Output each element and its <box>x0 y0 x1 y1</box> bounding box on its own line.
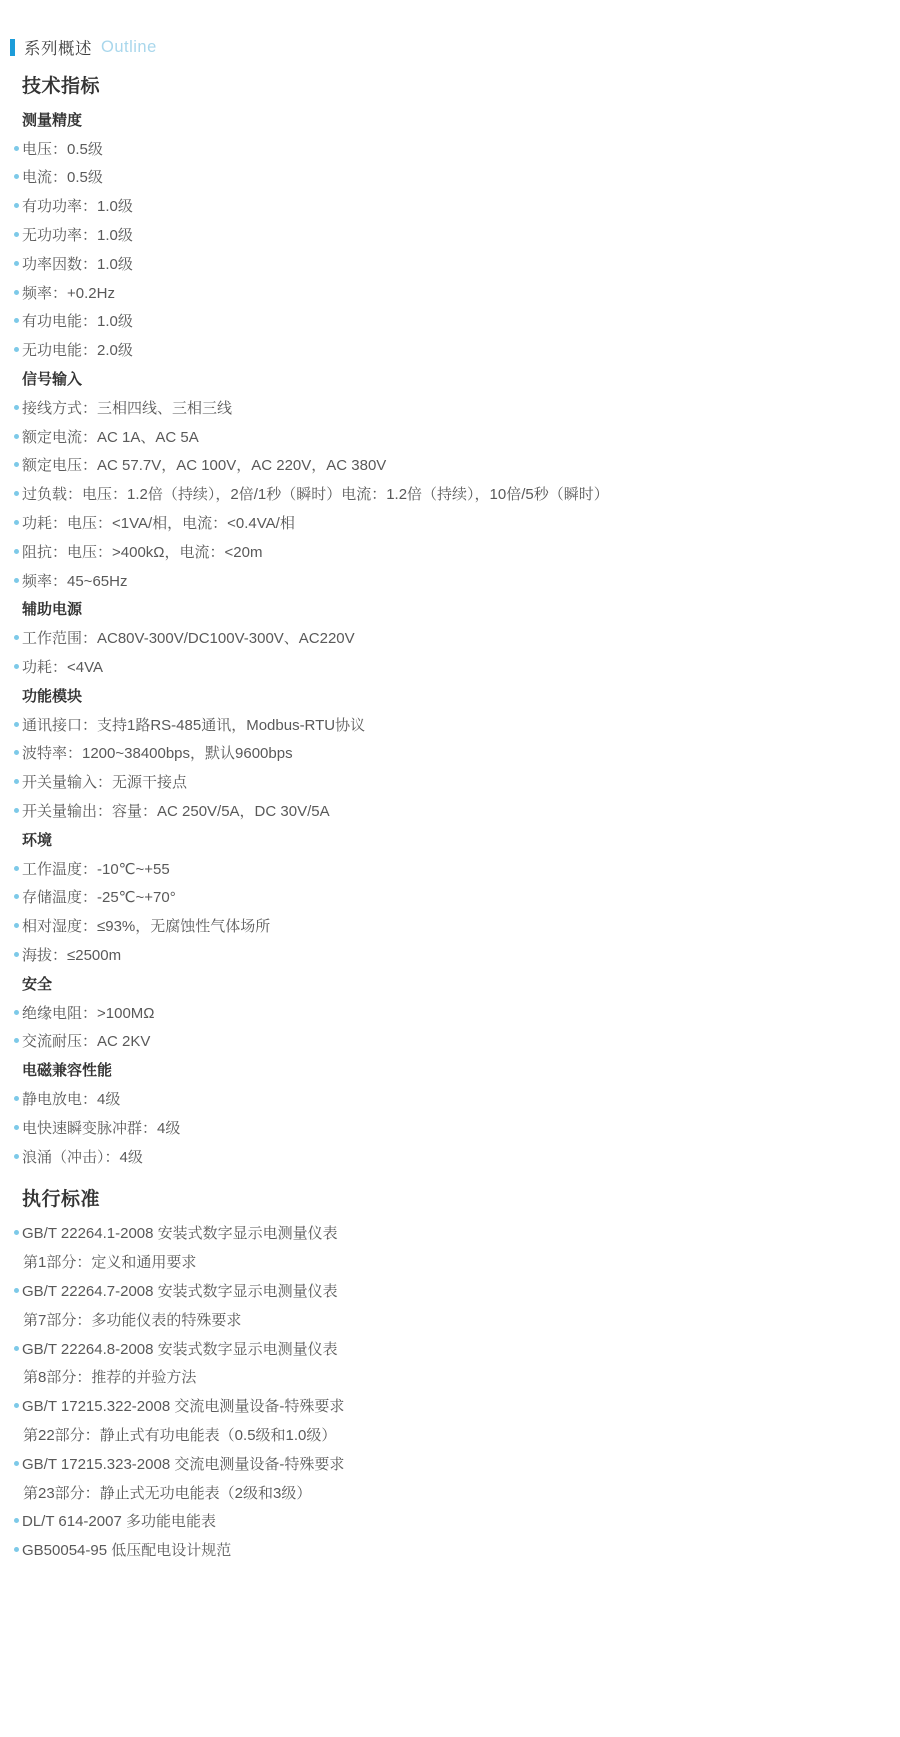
spec-item: 接线方式：三相四线、三相三线 <box>22 393 880 422</box>
standard-item: DL/T 614-2007 多功能电能表 <box>22 1506 880 1535</box>
standard-item-text: GB/T 17215.323-2008 交流电测量设备-特殊要求 <box>22 1453 344 1474</box>
standard-item-text: GB/T 22264.1-2008 安装式数字显示电测量仪表 <box>22 1222 338 1243</box>
tech-specs-title: 技术指标 <box>22 74 880 100</box>
spec-item: 工作范围：AC80V-300V/DC100V-300V、AC220V <box>22 623 880 652</box>
spec-group-heading: 信号输入 <box>22 364 880 393</box>
spec-item-text: 有功功率：1.0级 <box>22 195 133 216</box>
standard-item: GB/T 22264.8-2008 安装式数字显示电测量仪表 <box>22 1334 880 1363</box>
bullet-icon <box>14 1010 19 1015</box>
spec-item: 有功功率：1.0级 <box>22 191 880 220</box>
standard-item: GB/T 17215.322-2008 交流电测量设备-特殊要求 <box>22 1391 880 1420</box>
spec-item-text: 电流：0.5级 <box>22 166 103 187</box>
standard-item-text: DL/T 614-2007 多功能电能表 <box>22 1510 216 1531</box>
spec-item-text: 开关量输入：无源干接点 <box>22 771 187 792</box>
spec-item: 无功功率：1.0级 <box>22 220 880 249</box>
bullet-icon <box>14 491 19 496</box>
standard-item-sub-text: 第23部分：静止式无功电能表（2级和3级） <box>23 1482 311 1503</box>
standard-item-sub-text: 第7部分：多功能仪表的特殊要求 <box>23 1309 241 1330</box>
standards-list: GB/T 22264.1-2008 安装式数字显示电测量仪表第1部分：定义和通用… <box>22 1218 880 1564</box>
spec-item-text: 浪涌（冲击）：4级 <box>22 1146 143 1167</box>
standards-title: 执行标准 <box>22 1187 880 1213</box>
spec-item: 频率：+0.2Hz <box>22 278 880 307</box>
spec-item-text: 波特率：1200~38400bps，默认9600bps <box>22 742 293 763</box>
bullet-icon <box>14 923 19 928</box>
spec-item-text: 相对湿度：≤93%，无腐蚀性气体场所 <box>22 915 270 936</box>
spec-item: 浪涌（冲击）：4级 <box>22 1142 880 1171</box>
bullet-icon <box>14 405 19 410</box>
spec-item-text: 存储温度：-25℃~+70° <box>22 886 176 907</box>
bullet-icon <box>14 1230 19 1235</box>
standard-item-sub-text: 第8部分：推荐的并验方法 <box>23 1366 196 1387</box>
spec-item: 过负载：电压：1.2倍（持续），2倍/1秒（瞬时）电流：1.2倍（持续），10倍… <box>22 479 880 508</box>
bullet-icon <box>14 1154 19 1159</box>
section-title-en: Outline <box>101 38 157 57</box>
bullet-icon <box>14 1547 19 1552</box>
bullet-icon <box>14 635 19 640</box>
standard-item-text: GB50054-95 低压配电设计规范 <box>22 1539 231 1560</box>
spec-item-text: 工作温度：-10℃~+55 <box>22 858 170 879</box>
spec-item-text: 阻抗：电压：>400kΩ，电流：<20m <box>22 541 262 562</box>
spec-group-heading: 功能模块 <box>22 681 880 710</box>
bullet-icon <box>14 347 19 352</box>
accent-bar-icon <box>10 39 15 56</box>
bullet-icon <box>14 290 19 295</box>
spec-item-text: 电压：0.5级 <box>22 138 103 159</box>
spec-item-text: 接线方式：三相四线、三相三线 <box>22 397 232 418</box>
tech-groups: 测量精度电压：0.5级电流：0.5级有功功率：1.0级无功功率：1.0级功率因数… <box>22 105 880 1170</box>
standard-item: GB/T 22264.1-2008 安装式数字显示电测量仪表 <box>22 1218 880 1247</box>
bullet-icon <box>14 808 19 813</box>
bullet-icon <box>14 1461 19 1466</box>
bullet-icon <box>14 520 19 525</box>
spec-group-heading: 安全 <box>22 969 880 998</box>
spec-item-text: 功耗：电压：<1VA/相，电流：<0.4VA/相 <box>22 512 295 533</box>
standard-item-text: GB/T 17215.322-2008 交流电测量设备-特殊要求 <box>22 1395 344 1416</box>
standard-item: GB50054-95 低压配电设计规范 <box>22 1535 880 1564</box>
spec-item-text: 功耗：<4VA <box>22 656 103 677</box>
spec-item: 电流：0.5级 <box>22 163 880 192</box>
spec-group-heading: 测量精度 <box>22 105 880 134</box>
spec-item-text: 频率：45~65Hz <box>22 570 127 591</box>
spec-item: 工作温度：-10℃~+55 <box>22 854 880 883</box>
spec-group-heading-text: 功能模块 <box>22 685 82 706</box>
spec-item: 无功电能：2.0级 <box>22 335 880 364</box>
section-header: 系列概述 Outline <box>10 37 880 57</box>
bullet-icon <box>14 722 19 727</box>
page: 系列概述 Outline 技术指标 测量精度电压：0.5级电流：0.5级有功功率… <box>0 0 900 1564</box>
standard-item-sub-text: 第22部分：静止式有功电能表（0.5级和1.0级） <box>23 1424 336 1445</box>
spec-item-text: 静电放电：4级 <box>22 1088 120 1109</box>
spec-group-heading-text: 信号输入 <box>22 368 82 389</box>
spec-item-text: 频率：+0.2Hz <box>22 282 115 303</box>
bullet-icon <box>14 952 19 957</box>
spec-group-heading-text: 安全 <box>22 973 52 994</box>
bullet-icon <box>14 203 19 208</box>
spec-item-text: 过负载：电压：1.2倍（持续），2倍/1秒（瞬时）电流：1.2倍（持续），10倍… <box>22 483 609 504</box>
content: 技术指标 测量精度电压：0.5级电流：0.5级有功功率：1.0级无功功率：1.0… <box>10 74 880 1564</box>
bullet-icon <box>14 174 19 179</box>
bullet-icon <box>14 1125 19 1130</box>
spec-item-text: 有功电能：1.0级 <box>22 310 133 331</box>
standard-item-sub: 第1部分：定义和通用要求 <box>22 1247 880 1276</box>
bullet-icon <box>14 894 19 899</box>
spec-item: 阻抗：电压：>400kΩ，电流：<20m <box>22 537 880 566</box>
spec-item-text: 额定电流：AC 1A、AC 5A <box>22 426 199 447</box>
spec-item: 额定电流：AC 1A、AC 5A <box>22 422 880 451</box>
standard-item-text: GB/T 22264.8-2008 安装式数字显示电测量仪表 <box>22 1338 338 1359</box>
standard-item-sub: 第8部分：推荐的并验方法 <box>22 1362 880 1391</box>
spec-item: 开关量输入：无源干接点 <box>22 767 880 796</box>
spec-item: 存储温度：-25℃~+70° <box>22 883 880 912</box>
bullet-icon <box>14 866 19 871</box>
spec-item: 开关量输出：容量：AC 250V/5A，DC 30V/5A <box>22 796 880 825</box>
spec-item-text: 无功电能：2.0级 <box>22 339 133 360</box>
spec-item: 绝缘电阻：>100MΩ <box>22 998 880 1027</box>
spec-group-heading-text: 测量精度 <box>22 109 82 130</box>
spec-group-heading: 辅助电源 <box>22 595 880 624</box>
bullet-icon <box>14 549 19 554</box>
bullet-icon <box>14 434 19 439</box>
spec-item: 功耗：电压：<1VA/相，电流：<0.4VA/相 <box>22 508 880 537</box>
spec-item-text: 电快速瞬变脉冲群：4级 <box>22 1117 180 1138</box>
bullet-icon <box>14 1096 19 1101</box>
section-title-zh: 系列概述 <box>24 35 92 59</box>
bullet-icon <box>14 318 19 323</box>
spec-item: 频率：45~65Hz <box>22 566 880 595</box>
bullet-icon <box>14 1038 19 1043</box>
standard-item-sub: 第22部分：静止式有功电能表（0.5级和1.0级） <box>22 1420 880 1449</box>
spec-item-text: 工作范围：AC80V-300V/DC100V-300V、AC220V <box>22 627 355 648</box>
spec-item: 电压：0.5级 <box>22 134 880 163</box>
standard-item-sub: 第23部分：静止式无功电能表（2级和3级） <box>22 1478 880 1507</box>
bullet-icon <box>14 261 19 266</box>
spec-item: 有功电能：1.0级 <box>22 307 880 336</box>
standard-item: GB/T 22264.7-2008 安装式数字显示电测量仪表 <box>22 1276 880 1305</box>
bullet-icon <box>14 1518 19 1523</box>
spec-item-text: 额定电压：AC 57.7V，AC 100V，AC 220V，AC 380V <box>22 454 386 475</box>
spec-item-text: 海拔：≤2500m <box>22 944 121 965</box>
bullet-icon <box>14 578 19 583</box>
spec-item: 额定电压：AC 57.7V，AC 100V，AC 220V，AC 380V <box>22 451 880 480</box>
bullet-icon <box>14 664 19 669</box>
spec-item-text: 绝缘电阻：>100MΩ <box>22 1002 155 1023</box>
bullet-icon <box>14 1346 19 1351</box>
standard-item: GB/T 17215.323-2008 交流电测量设备-特殊要求 <box>22 1449 880 1478</box>
spec-item-text: 无功功率：1.0级 <box>22 224 133 245</box>
bullet-icon <box>14 1288 19 1293</box>
spec-item-text: 功率因数：1.0级 <box>22 253 133 274</box>
spec-item: 海拔：≤2500m <box>22 940 880 969</box>
spec-item: 电快速瞬变脉冲群：4级 <box>22 1113 880 1142</box>
standard-item-text: GB/T 22264.7-2008 安装式数字显示电测量仪表 <box>22 1280 338 1301</box>
spec-group-heading: 电磁兼容性能 <box>22 1055 880 1084</box>
spec-item: 通讯接口：支持1路RS-485通讯，Modbus-RTU协议 <box>22 710 880 739</box>
bullet-icon <box>14 1403 19 1408</box>
bullet-icon <box>14 232 19 237</box>
bullet-icon <box>14 779 19 784</box>
spec-group-heading: 环境 <box>22 825 880 854</box>
spec-group-heading-text: 电磁兼容性能 <box>22 1059 112 1080</box>
spec-item: 相对湿度：≤93%，无腐蚀性气体场所 <box>22 911 880 940</box>
standard-item-sub-text: 第1部分：定义和通用要求 <box>23 1251 196 1272</box>
spec-item: 功率因数：1.0级 <box>22 249 880 278</box>
spec-item-text: 通讯接口：支持1路RS-485通讯，Modbus-RTU协议 <box>22 714 365 735</box>
spec-item-text: 开关量输出：容量：AC 250V/5A，DC 30V/5A <box>22 800 330 821</box>
bullet-icon <box>14 750 19 755</box>
spec-item: 功耗：<4VA <box>22 652 880 681</box>
bullet-icon <box>14 462 19 467</box>
spec-item-text: 交流耐压：AC 2KV <box>22 1030 150 1051</box>
spec-item: 波特率：1200~38400bps，默认9600bps <box>22 739 880 768</box>
standard-item-sub: 第7部分：多功能仪表的特殊要求 <box>22 1305 880 1334</box>
spec-group-heading-text: 辅助电源 <box>22 598 82 619</box>
spec-group-heading-text: 环境 <box>22 829 52 850</box>
spec-item: 静电放电：4级 <box>22 1084 880 1113</box>
spec-item: 交流耐压：AC 2KV <box>22 1027 880 1056</box>
bullet-icon <box>14 146 19 151</box>
